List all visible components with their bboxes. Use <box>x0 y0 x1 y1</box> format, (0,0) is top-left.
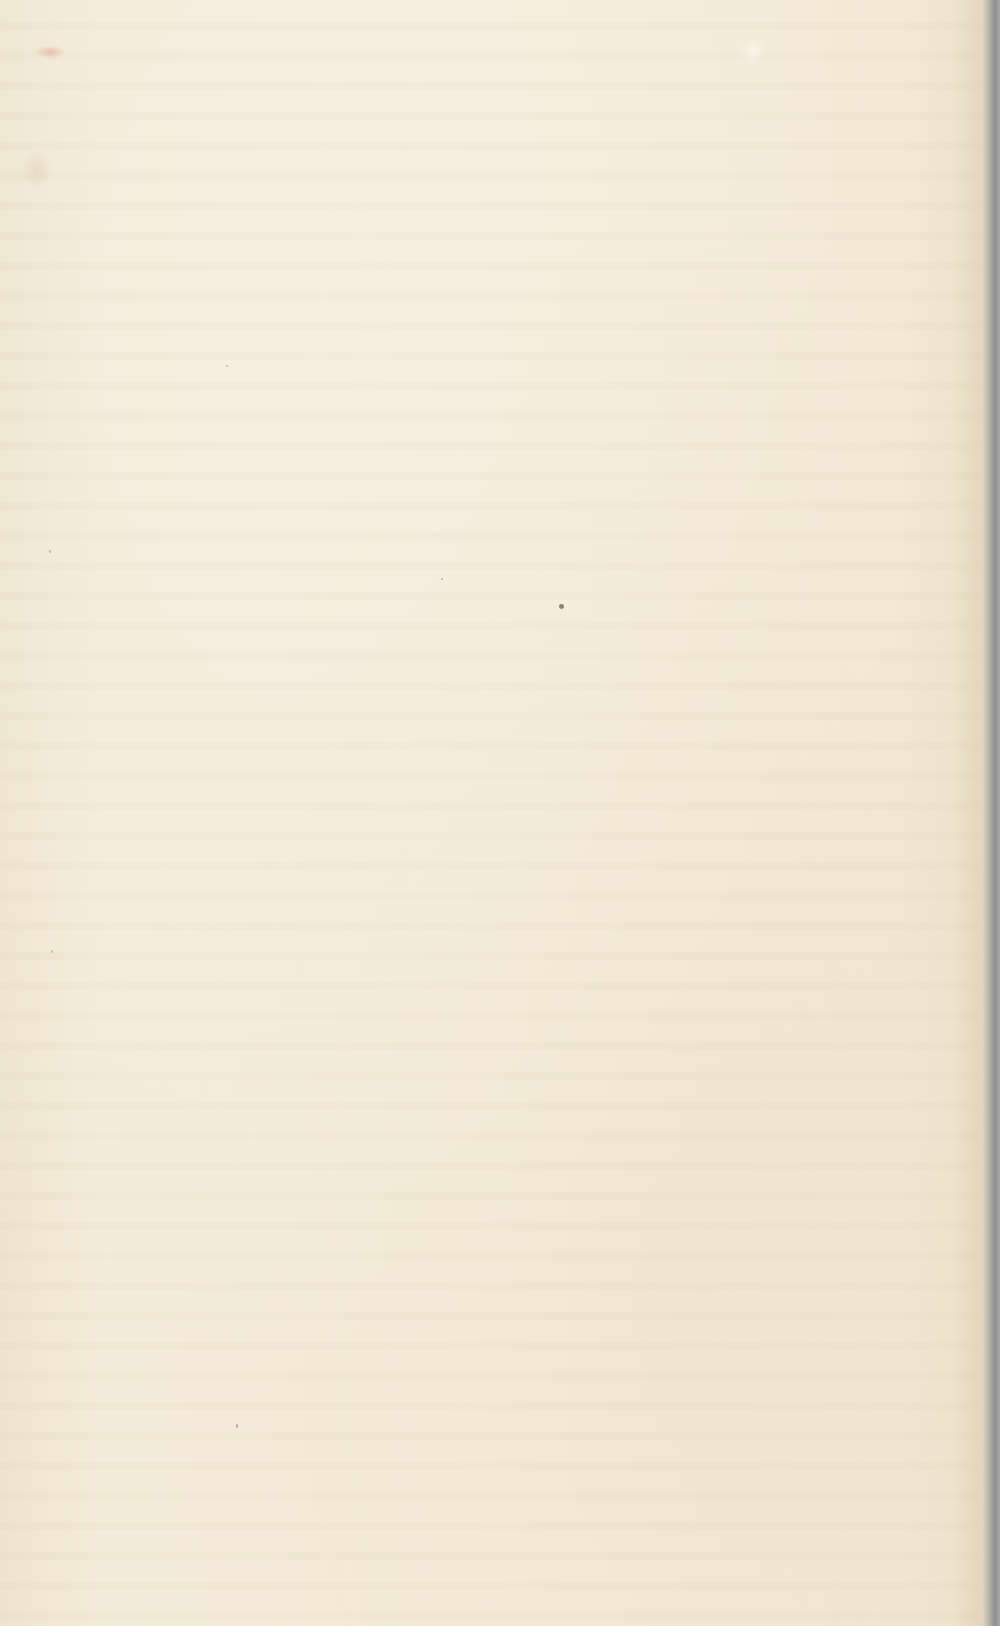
ink-smudge <box>34 45 66 59</box>
paper-stain <box>22 150 52 190</box>
paper-speck <box>49 550 51 553</box>
blank-page <box>0 0 1000 1626</box>
paper-speck <box>236 1424 238 1428</box>
binding-gutter <box>982 0 1000 1626</box>
show-through-texture <box>0 0 1000 1626</box>
paper-speck <box>559 604 564 609</box>
light-spot <box>740 38 766 64</box>
paper-speck <box>51 950 53 953</box>
gutter-shadow <box>952 0 982 1626</box>
paper-speck <box>441 578 443 580</box>
paper-speck <box>226 365 228 367</box>
